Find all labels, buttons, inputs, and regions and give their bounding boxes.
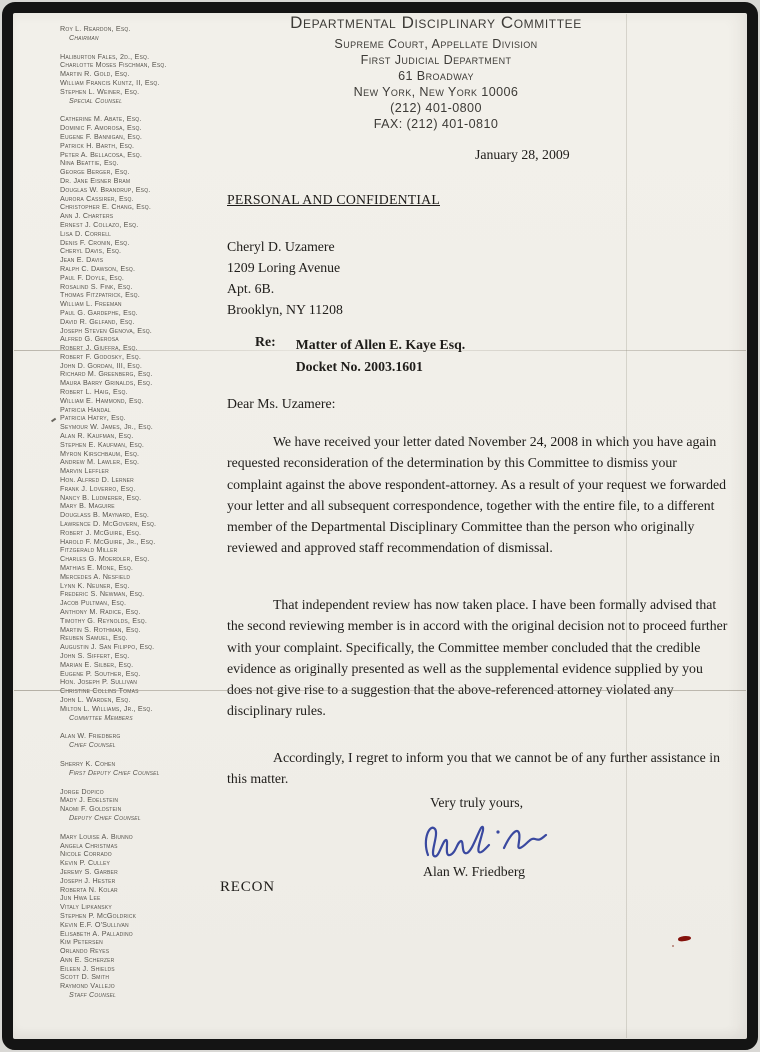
list-item: Matter of Allen E. Kaye Esq. — [296, 334, 466, 356]
list-item: Cheryl D. Uzamere — [227, 236, 343, 257]
closing: Very truly yours, — [430, 795, 523, 811]
recipient-address: Cheryl D. Uzamere1209 Loring AvenueApt. … — [227, 236, 343, 320]
list-item: 61 Broadway — [250, 68, 622, 84]
red-ink-dot — [672, 945, 674, 947]
roster-role-label: Deputy Chief Counsel — [60, 814, 266, 823]
scanned-letter-page: Roy L. Reardon, Esq.ChairmanHaliburton F… — [0, 0, 760, 1052]
salutation: Dear Ms. Uzamere: — [227, 396, 335, 412]
list-item: New York, New York 10006 — [250, 84, 622, 100]
red-ink-mark — [678, 935, 692, 942]
list-item: Docket No. 2003.1601 — [296, 356, 466, 378]
list-item: Brooklyn, NY 11208 — [227, 299, 343, 320]
letterhead: Departmental Disciplinary Committee Supr… — [250, 13, 622, 132]
list-item: FAX: (212) 401-0810 — [250, 116, 622, 132]
list-item: First Judicial Department — [250, 52, 622, 68]
fold-crease-lower — [14, 690, 746, 691]
roster-role-label: Special Counsel — [60, 97, 266, 106]
list-item: 1209 Loring Avenue — [227, 257, 343, 278]
footer-code: RECON — [220, 879, 275, 896]
signer-name: Alan W. Friedberg — [423, 864, 525, 880]
re-label: Re: — [255, 334, 276, 377]
body-paragraph-1: We have received your letter dated Novem… — [227, 431, 729, 559]
re-block: Re: Matter of Allen E. Kaye Esq.Docket N… — [255, 334, 465, 377]
sidebar-group: Jorge DopicoMady J. EdelsteinNaomi F. Go… — [60, 788, 266, 823]
list-item: Apt. 6B. — [227, 278, 343, 299]
signature-ink — [418, 815, 552, 867]
sidebar-group: Mary Louise A. BiunnoAngela ChristmasNic… — [60, 833, 266, 1000]
sidebar-group: Roy L. Reardon, Esq.Chairman — [60, 25, 266, 43]
body-paragraph-2: That independent review has now taken pl… — [227, 594, 729, 722]
roster-role-label: Staff Counsel — [60, 991, 266, 1000]
list-item: (212) 401-0800 — [250, 100, 622, 116]
fold-crease-upper — [14, 350, 746, 351]
committee-title: Departmental Disciplinary Committee — [250, 13, 622, 33]
confidential-notice: PERSONAL AND CONFIDENTIAL — [227, 192, 440, 208]
roster-role-label: Chairman — [60, 34, 266, 43]
re-subject: Matter of Allen E. Kaye Esq.Docket No. 2… — [296, 334, 466, 377]
sidebar-group: Haliburton Fales, 2d., Esq.Charlotte Mos… — [60, 53, 266, 106]
letterhead-address: Supreme Court, Appellate DivisionFirst J… — [250, 36, 622, 132]
letter-date: January 28, 2009 — [475, 147, 570, 163]
fold-crease-vertical — [626, 14, 627, 1038]
list-item: Supreme Court, Appellate Division — [250, 36, 622, 52]
body-paragraph-3: Accordingly, I regret to inform you that… — [227, 747, 729, 790]
pen-mark — [51, 418, 56, 422]
